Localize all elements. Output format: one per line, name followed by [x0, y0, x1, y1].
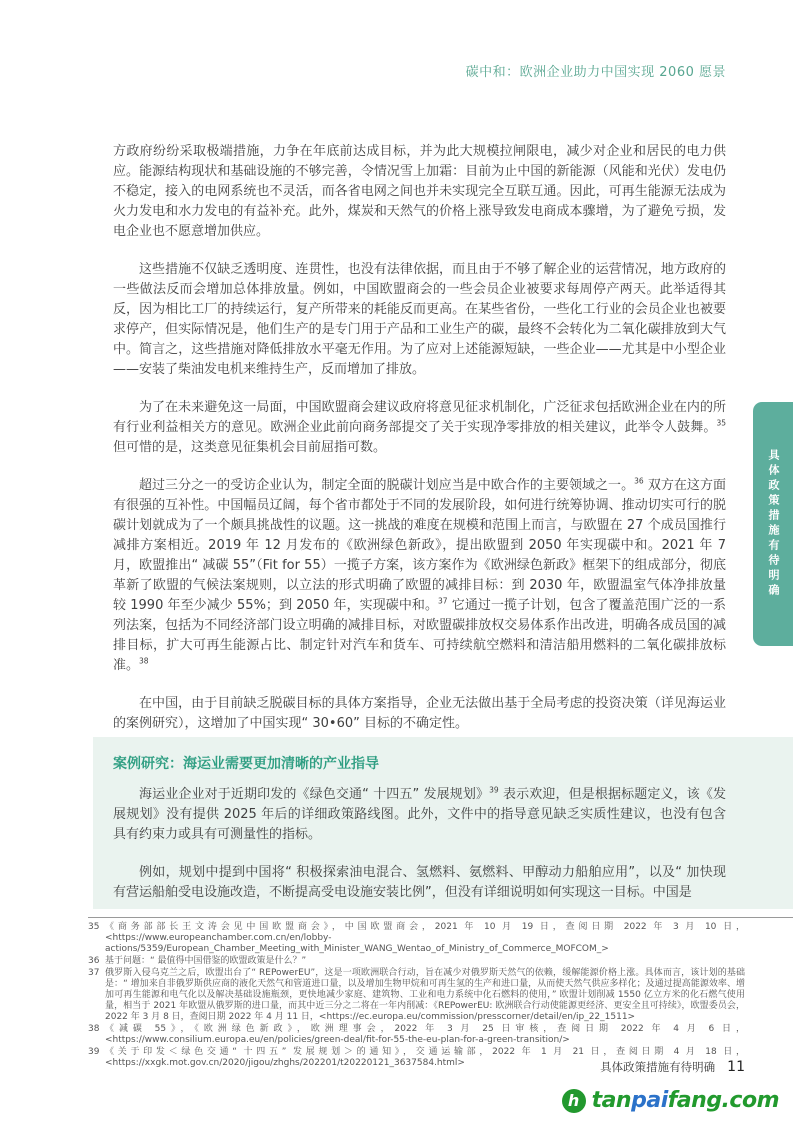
text-run: 但可惜的是，这类意见征集机会目前屈指可数。	[113, 440, 386, 455]
footnote-item: 37俄罗斯入侵乌克兰之后，欧盟出台了“ REPowerEU”，这是一项欧洲联合行…	[88, 968, 745, 1023]
text-run: 方政府纷纷采取极端措施，力争在年底前达成目标，并为此大规模拉闸限电，减少对企业和…	[113, 144, 726, 239]
logo-text-part: pai	[631, 1088, 668, 1113]
text-run: 海运业企业对于近期印发的《绿色交通“ 十四五” 发展规划》	[139, 787, 489, 802]
footnote-number: 36	[88, 956, 105, 967]
page-footer: 具体政策措施有待明确 11	[600, 1059, 745, 1075]
footnote-number: 38	[88, 1024, 105, 1046]
footnote-ref: 36	[634, 477, 644, 486]
paragraph: 为了在未来避免这一局面，中国欧盟商会建议政府将意见征求机制化，广泛征求包括欧洲企…	[113, 398, 726, 458]
footnote-ref: 35	[716, 419, 726, 428]
paragraph: 例如，规划中提到中国将“ 积极探索油电混合、氢燃料、氨燃料、甲醇动力船舶应用”，…	[113, 863, 726, 903]
footnote-ref: 37	[438, 597, 448, 606]
paragraph: 方政府纷纷采取极端措施，力争在年底前达成目标，并为此大规模拉闸限电，减少对企业和…	[113, 142, 726, 242]
logo-text-part: tan	[592, 1088, 632, 1113]
section-side-tab[interactable]: 具体政策措施有待明确	[753, 402, 793, 646]
paragraph: 在中国，由于目前缺乏脱碳目标的具体方案指导，企业无法做出基于全局考虑的投资决策（…	[113, 694, 726, 734]
body-text: 方政府纷纷采取极端措施，力争在年底前达成目标，并为此大规模拉闸限电，减少对企业和…	[113, 142, 726, 734]
page-number: 11	[727, 1059, 745, 1075]
tanpaifang-leaf-icon: h	[562, 1089, 586, 1113]
page-header-title: 碳中和：欧洲企业助力中国实现 2060 愿景	[466, 61, 726, 80]
logo-text-part: fang.com	[668, 1088, 779, 1113]
case-study-body: 海运业企业对于近期印发的《绿色交通“ 十四五” 发展规划》39 表示欢迎，但是根…	[113, 785, 726, 903]
text-run: 在中国，由于目前缺乏脱碳目标的具体方案指导，企业无法做出基于全局考虑的投资决策（…	[113, 696, 726, 731]
footnote-item: 38《减碳 55》，《欧洲绿色新政》，欧洲理事会，2022 年 3 月 25 日…	[88, 1024, 745, 1046]
paragraph: 超过三分之一的受访企业认为，制定全面的脱碳计划应当是中欧合作的主要领域之一。36…	[113, 476, 726, 676]
tanpaifang-logo-text: tanpaifang.com	[592, 1088, 779, 1113]
footnote-number: 39	[88, 1047, 105, 1069]
text-run: 这些措施不仅缺乏透明度、连贯性，也没有法律依据，而且由于不够了解企业的运营情况，…	[113, 262, 726, 377]
footnote-ref: 39	[489, 786, 499, 795]
footnote-item: 36基于问题：“ 最值得中国借鉴的欧盟政策是什么？”	[88, 956, 745, 967]
footnote-ref: 38	[139, 657, 149, 666]
text-run: 超过三分之一的受访企业认为，制定全面的脱碳计划应当是中欧合作的主要领域之一。	[139, 478, 634, 493]
footnotes-list: 35《商务部部长王文涛会见中国欧盟商会》，中国欧盟商会，2021 年 10 月 …	[88, 922, 745, 1070]
paragraph: 这些措施不仅缺乏透明度、连贯性，也没有法律依据，而且由于不够了解企业的运营情况，…	[113, 260, 726, 380]
footnote-item: 35《商务部部长王文涛会见中国欧盟商会》，中国欧盟商会，2021 年 10 月 …	[88, 922, 745, 955]
document-page: 碳中和：欧洲企业助力中国实现 2060 愿景 具体政策措施有待明确 方政府纷纷采…	[0, 0, 793, 1122]
text-run: 例如，规划中提到中国将“ 积极探索油电混合、氢燃料、氨燃料、甲醇动力船舶应用”，…	[113, 865, 726, 900]
footnote-divider	[88, 917, 793, 918]
footnote-number: 35	[88, 922, 105, 955]
case-study-title: 案例研究：海运业需要更加清晰的产业指导	[113, 753, 726, 773]
paragraph: 海运业企业对于近期印发的《绿色交通“ 十四五” 发展规划》39 表示欢迎，但是根…	[113, 785, 726, 845]
footnote-text: 俄罗斯入侵乌克兰之后，欧盟出台了“ REPowerEU”，这是一项欧洲联合行动，…	[105, 968, 745, 1023]
footnote-number: 37	[88, 968, 105, 1023]
footer-section-label: 具体政策措施有待明确	[600, 1059, 715, 1075]
text-run: 双方在这方面有很强的互补性。中国幅员辽阔，每个省市都处于不同的发展阶段，如何进行…	[113, 478, 726, 613]
case-study-box: 案例研究：海运业需要更加清晰的产业指导 海运业企业对于近期印发的《绿色交通“ 十…	[93, 737, 793, 909]
footnote-text: 基于问题：“ 最值得中国借鉴的欧盟政策是什么？”	[105, 956, 745, 967]
footnote-text: 《减碳 55》，《欧洲绿色新政》，欧洲理事会，2022 年 3 月 25 日审核…	[105, 1024, 745, 1046]
side-tab-label: 具体政策措施有待明确	[765, 449, 781, 599]
text-run: 为了在未来避免这一局面，中国欧盟商会建议政府将意见征求机制化，广泛征求包括欧洲企…	[113, 400, 726, 435]
footnote-text: 《商务部部长王文涛会见中国欧盟商会》，中国欧盟商会，2021 年 10 月 19…	[105, 922, 745, 955]
tanpaifang-logo[interactable]: h tanpaifang.com	[562, 1088, 779, 1113]
